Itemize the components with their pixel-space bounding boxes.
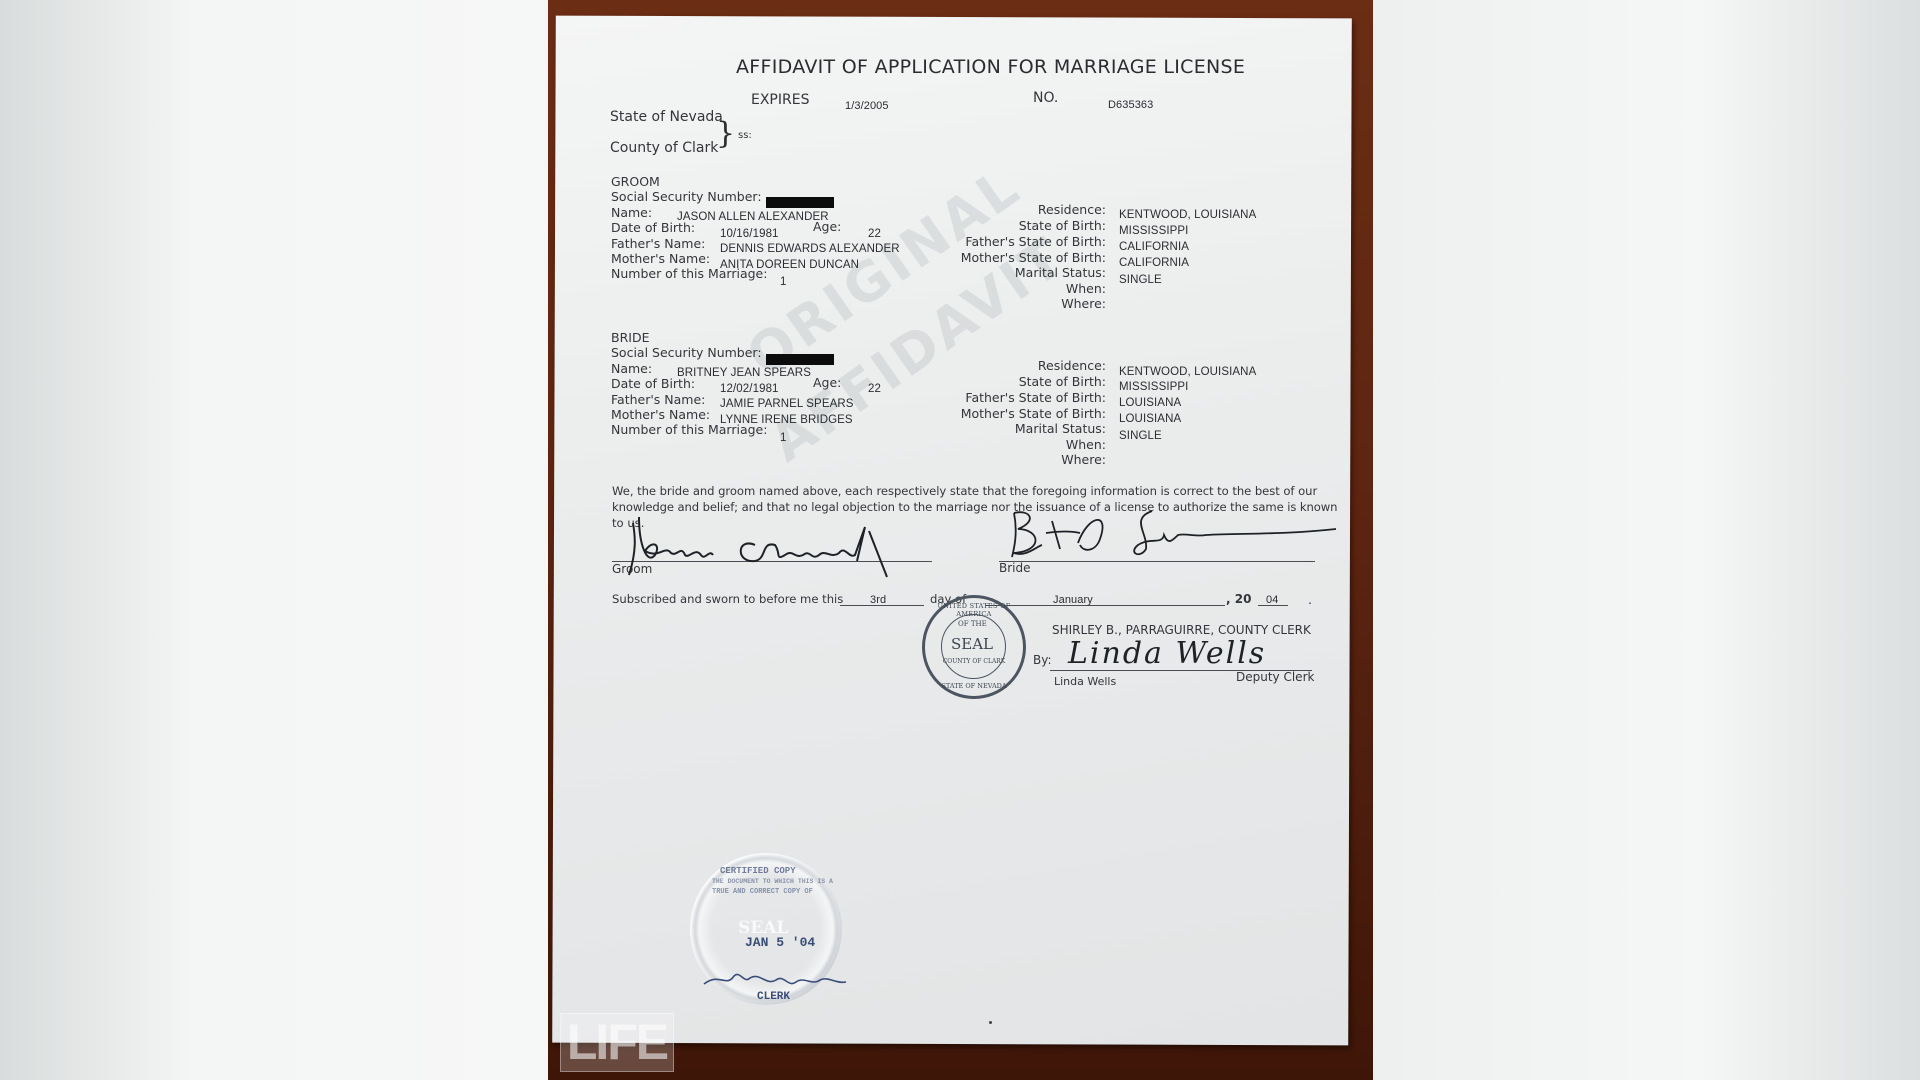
groom-state-birth-label: State of Birth: <box>906 218 1106 233</box>
deputy-clerk-name: Linda Wells <box>1054 675 1116 688</box>
bride-name: BRITNEY JEAN SPEARS <box>677 367 811 379</box>
bride-mother-state-label: Mother's State of Birth: <box>906 406 1106 421</box>
bride-father-label: Father's Name: <box>611 392 705 407</box>
state-label: State of Nevada <box>610 109 723 125</box>
sworn-year: 04 <box>1266 594 1278 606</box>
sworn-month: January <box>1053 594 1093 606</box>
bride-marital: SINGLE <box>1119 430 1162 442</box>
bride-where-label: Where: <box>906 452 1106 467</box>
bride-state-birth: MISSISSIPPI <box>1119 381 1188 393</box>
groom-residence-label: Residence: <box>906 202 1106 217</box>
groom-marriage-num-label: Number of this Marriage: <box>611 266 767 281</box>
bride-residence-label: Residence: <box>906 358 1106 373</box>
certified-stamp-signature <box>700 962 850 992</box>
county-label: County of Clark <box>610 140 718 156</box>
bride-father-state-label: Father's State of Birth: <box>906 390 1106 405</box>
bride-age: 22 <box>868 383 881 395</box>
seal-of-the: OF THE <box>958 620 987 628</box>
certified-stamp-date: JAN 5 '04 <box>745 935 815 950</box>
seal-center-text: SEAL <box>951 635 993 653</box>
groom-name: JASON ALLEN ALEXANDER <box>677 211 829 223</box>
bride-signature <box>1000 505 1340 575</box>
groom-state-birth: MISSISSIPPI <box>1119 225 1188 237</box>
seal-county-text: COUNTY OF CLARK <box>937 658 1011 665</box>
groom-ssn-redaction <box>766 197 834 208</box>
groom-when-label: When: <box>906 281 1106 296</box>
groom-age: 22 <box>868 228 881 240</box>
expires-label: EXPIRES <box>751 92 809 108</box>
certified-stamp-clerk: CLERK <box>757 991 790 1003</box>
bride-name-label: Name: <box>611 361 652 376</box>
bride-ssn-redaction <box>766 354 834 365</box>
bride-marriage-num: 1 <box>780 432 787 444</box>
bride-residence: KENTWOOD, LOUISIANA <box>1119 366 1256 378</box>
county-seal: OF THE SEAL UNITED STATES OF AMERICA COU… <box>922 595 1026 699</box>
bride-state-birth-label: State of Birth: <box>906 374 1106 389</box>
groom-where-label: Where: <box>906 296 1106 311</box>
bride-father-state: LOUISIANA <box>1119 397 1181 409</box>
bride-father: JAMIE PARNEL SPEARS <box>720 398 854 410</box>
license-number: D635363 <box>1108 99 1153 111</box>
bride-dob-label: Date of Birth: <box>611 376 695 391</box>
seal-bottom-text: STATE OF NEVADA <box>925 682 1023 690</box>
bride-marriage-num-label: Number of this Marriage: <box>611 422 767 437</box>
expires-value: 1/3/2005 <box>845 100 889 112</box>
groom-marital-label: Marital Status: <box>906 265 1106 280</box>
bride-when-label: When: <box>906 437 1106 452</box>
ss-label: ss: <box>738 130 752 141</box>
bride-dob: 12/02/1981 <box>720 383 779 395</box>
paper-speck <box>989 1021 992 1024</box>
statement-line-1: We, the bride and groom named above, eac… <box>612 484 1317 498</box>
bride-age-label: Age: <box>813 375 841 390</box>
groom-mother-label: Mother's Name: <box>611 251 710 266</box>
groom-dob: 10/16/1981 <box>720 228 779 240</box>
background-right <box>1373 0 1920 1080</box>
bride-mother-state: LOUISIANA <box>1119 413 1181 425</box>
groom-heading: GROOM <box>611 174 660 189</box>
groom-father-label: Father's Name: <box>611 236 705 251</box>
life-logo: LIFE <box>560 1013 674 1072</box>
sworn-day: 3rd <box>870 594 886 606</box>
groom-marriage-num: 1 <box>780 276 787 288</box>
groom-mother-state: CALIFORNIA <box>1119 257 1189 269</box>
groom-father: DENNIS EDWARDS ALEXANDER <box>720 243 900 255</box>
county-clerk-title: SHIRLEY B., PARRAGUIRRE, COUNTY CLERK <box>1052 623 1311 637</box>
by-label: By: <box>1033 653 1052 667</box>
brace-icon: } <box>716 116 735 151</box>
sworn-prefix: Subscribed and sworn to before me this <box>612 592 843 606</box>
document-title: AFFIDAVIT OF APPLICATION FOR MARRIAGE LI… <box>736 56 1245 78</box>
groom-age-label: Age: <box>813 219 841 234</box>
deputy-clerk-signature: Linda Wells <box>1068 636 1266 671</box>
sworn-end: . <box>1308 592 1312 607</box>
certified-stamp-text-2: THE DOCUMENT TO WHICH THIS IS A <box>712 878 833 885</box>
bride-heading: BRIDE <box>611 330 649 345</box>
certified-stamp-text-1: CERTIFIED COPY <box>720 866 796 876</box>
groom-marital: SINGLE <box>1119 274 1162 286</box>
groom-father-state-label: Father's State of Birth: <box>906 234 1106 249</box>
bride-ssn-label: Social Security Number: <box>611 345 762 360</box>
groom-dob-label: Date of Birth: <box>611 220 695 235</box>
deputy-clerk-role: Deputy Clerk <box>1236 670 1314 684</box>
number-label: NO. <box>1033 90 1058 106</box>
sworn-year-prefix: , 20 <box>1226 592 1251 606</box>
groom-mother-state-label: Mother's State of Birth: <box>906 250 1106 265</box>
seal-top-text: UNITED STATES OF AMERICA <box>925 602 1023 618</box>
groom-name-label: Name: <box>611 205 652 220</box>
groom-ssn-label: Social Security Number: <box>611 189 762 204</box>
certified-stamp-text-3: TRUE AND CORRECT COPY OF <box>712 888 813 896</box>
bride-mother-label: Mother's Name: <box>611 407 710 422</box>
groom-residence: KENTWOOD, LOUISIANA <box>1119 209 1256 221</box>
bride-marital-label: Marital Status: <box>906 421 1106 436</box>
groom-father-state: CALIFORNIA <box>1119 241 1189 253</box>
groom-signature <box>625 515 945 595</box>
